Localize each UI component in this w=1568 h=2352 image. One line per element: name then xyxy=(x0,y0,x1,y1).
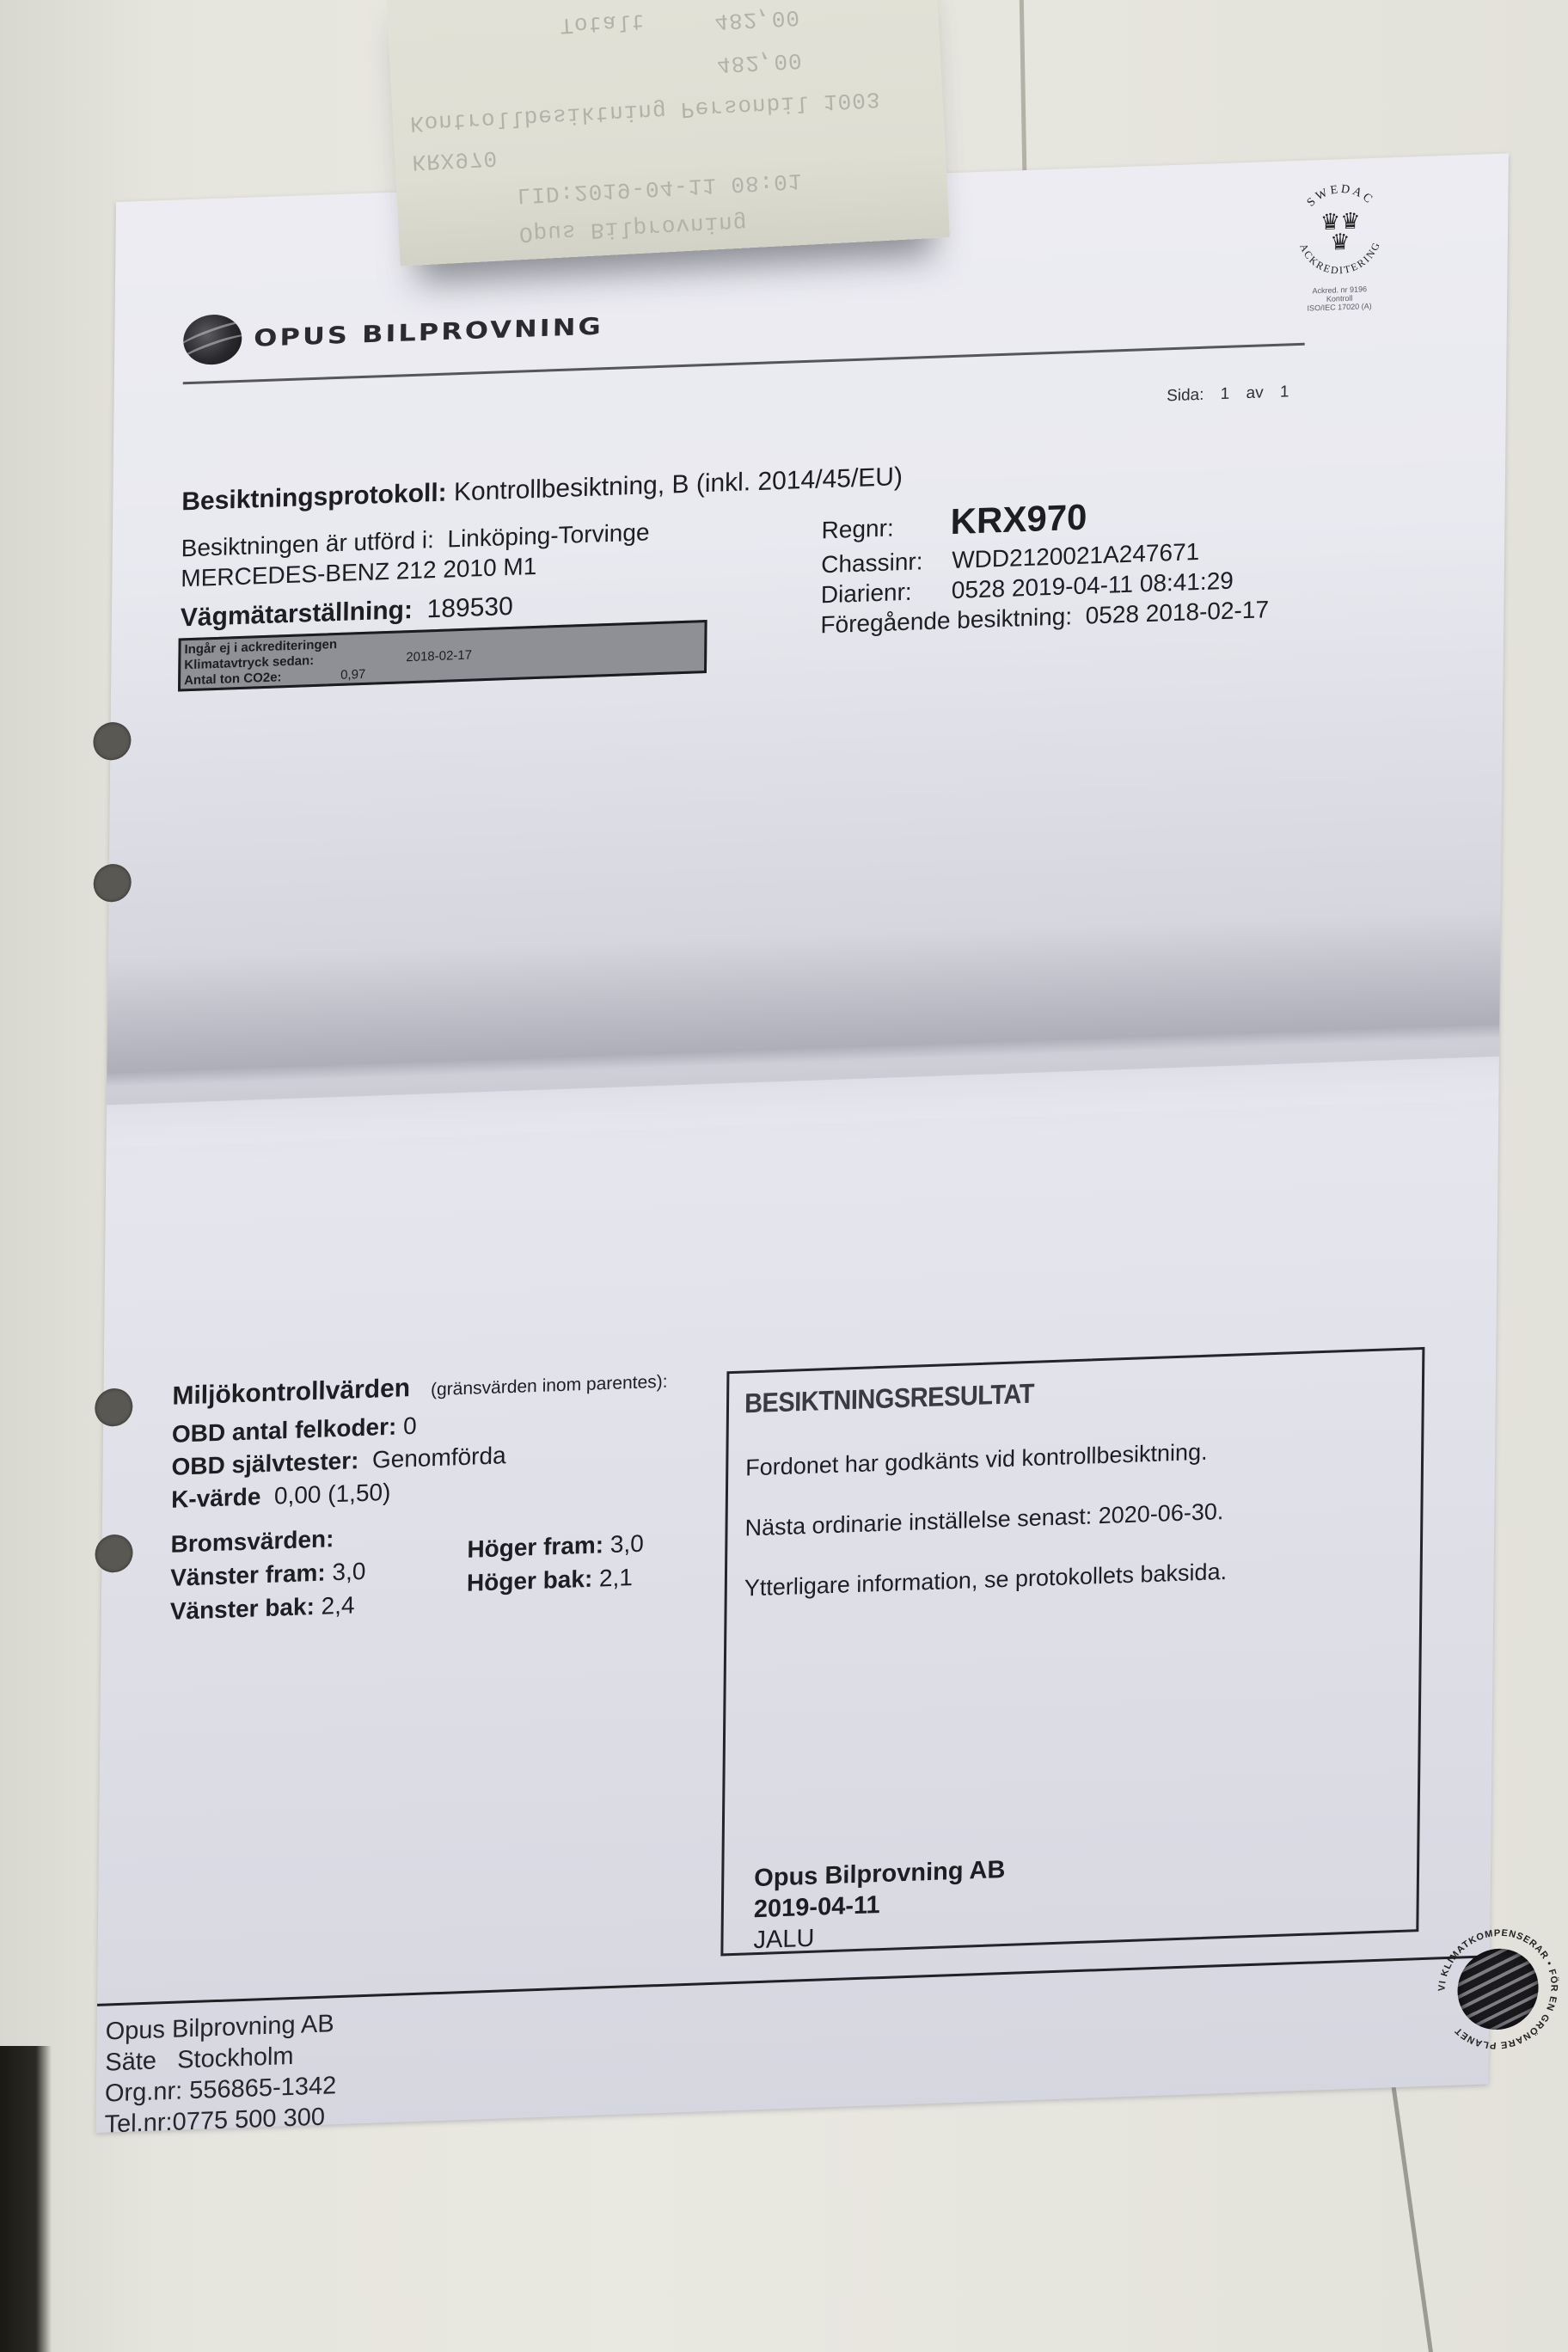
result-approved-text: Fordonet har godkänts vid kontrollbesikt… xyxy=(745,1439,1208,1482)
brake-left-rear: Vänster bak: 2,4 xyxy=(170,1591,355,1626)
brake-values-heading: Bromsvärden: xyxy=(170,1525,334,1559)
globe-logo-icon xyxy=(183,314,242,365)
brake-left-front: Vänster fram: 3,0 xyxy=(170,1558,366,1592)
signature-block: Opus Bilprovning AB 2019-04-11 JALU xyxy=(753,1854,1005,1956)
protocol-title: Besiktningsprotokoll: Kontrollbesiktning… xyxy=(181,462,903,517)
result-heading: BESIKTNINGSRESULTAT xyxy=(744,1379,1034,1420)
receipt-line: KRX970 xyxy=(412,144,499,175)
swedac-accreditation-seal: SWEDAC ACKREDITERING ♛♛♛ Ackred. nr 9196… xyxy=(1283,179,1397,314)
inspection-protocol-document: OPUS BILPROVNING SWEDAC ACKREDITERING ♛♛… xyxy=(95,153,1508,2133)
environment-values-heading: Miljökontrollvärden(gränsvärden inom par… xyxy=(172,1365,668,1412)
company-footer: Opus Bilprovning AB Säte Stockholm Org.n… xyxy=(104,2008,337,2140)
climate-compensation-seal: VI KLIMATKOMPENSERAR • FÖR EN GRÖNARE PL… xyxy=(1433,1922,1564,2055)
climate-footprint-box: Ingår ej i ackrediteringen Klimatavtryck… xyxy=(178,620,707,692)
seal-ring-icon: SWEDAC ACKREDITERING xyxy=(1289,179,1391,284)
svg-text:ACKREDITERING: ACKREDITERING xyxy=(1297,239,1383,278)
page-indicator: Sida: 1 av 1 xyxy=(1167,383,1289,406)
receipt-line: Kontrollbesiktning Personbil 1003 xyxy=(409,86,881,137)
receipt-line: 482,00 xyxy=(714,4,801,34)
punch-hole xyxy=(95,1387,132,1427)
receipt-line: 482,00 xyxy=(716,47,803,77)
inspection-location: Besiktningen är utförd i: Linköping-Torv… xyxy=(181,518,650,562)
svg-text:SWEDAC: SWEDAC xyxy=(1305,181,1377,210)
receipt-line: Totalt xyxy=(560,8,646,38)
logo-text: OPUS BILPROVNING xyxy=(254,312,603,352)
odometer-reading: Vägmätarställning: 189530 xyxy=(181,592,513,634)
next-inspection-deadline: Nästa ordinarie inställelse senast: 2020… xyxy=(744,1498,1223,1541)
receipt: DEBIT MASTERCARD 482,00 Totalt 482,00 Ko… xyxy=(385,0,950,266)
punch-hole xyxy=(93,863,131,903)
regnr-label: Regnr: xyxy=(821,514,893,544)
obd-fault-codes: OBD antal felkoder: 0 xyxy=(172,1412,417,1449)
additional-info-text: Ytterligare information, se protokollets… xyxy=(744,1559,1228,1602)
footer-divider xyxy=(97,1955,1494,2006)
company-logo: OPUS BILPROVNING xyxy=(183,301,603,365)
punch-hole xyxy=(95,1534,132,1573)
inspection-result-box: BESIKTNINGSRESULTAT Fordonet har godkänt… xyxy=(720,1347,1424,1957)
paper-fold xyxy=(106,910,1500,1166)
receipt-line: Opus Bilprovning xyxy=(518,209,748,247)
obd-self-tests: OBD självtester: Genomförda xyxy=(171,1442,505,1481)
registration-number: KRX970 xyxy=(950,497,1087,543)
brake-right-front: Höger fram: 3,0 xyxy=(467,1530,644,1564)
table-edge-shadow xyxy=(0,2046,52,2352)
k-value: K-värde 0,00 (1,50) xyxy=(171,1479,391,1514)
receipt-line: LID:2019-04-11 08:01 xyxy=(517,168,803,208)
punch-hole xyxy=(93,721,131,761)
brake-right-rear: Höger bak: 2,1 xyxy=(467,1564,633,1597)
